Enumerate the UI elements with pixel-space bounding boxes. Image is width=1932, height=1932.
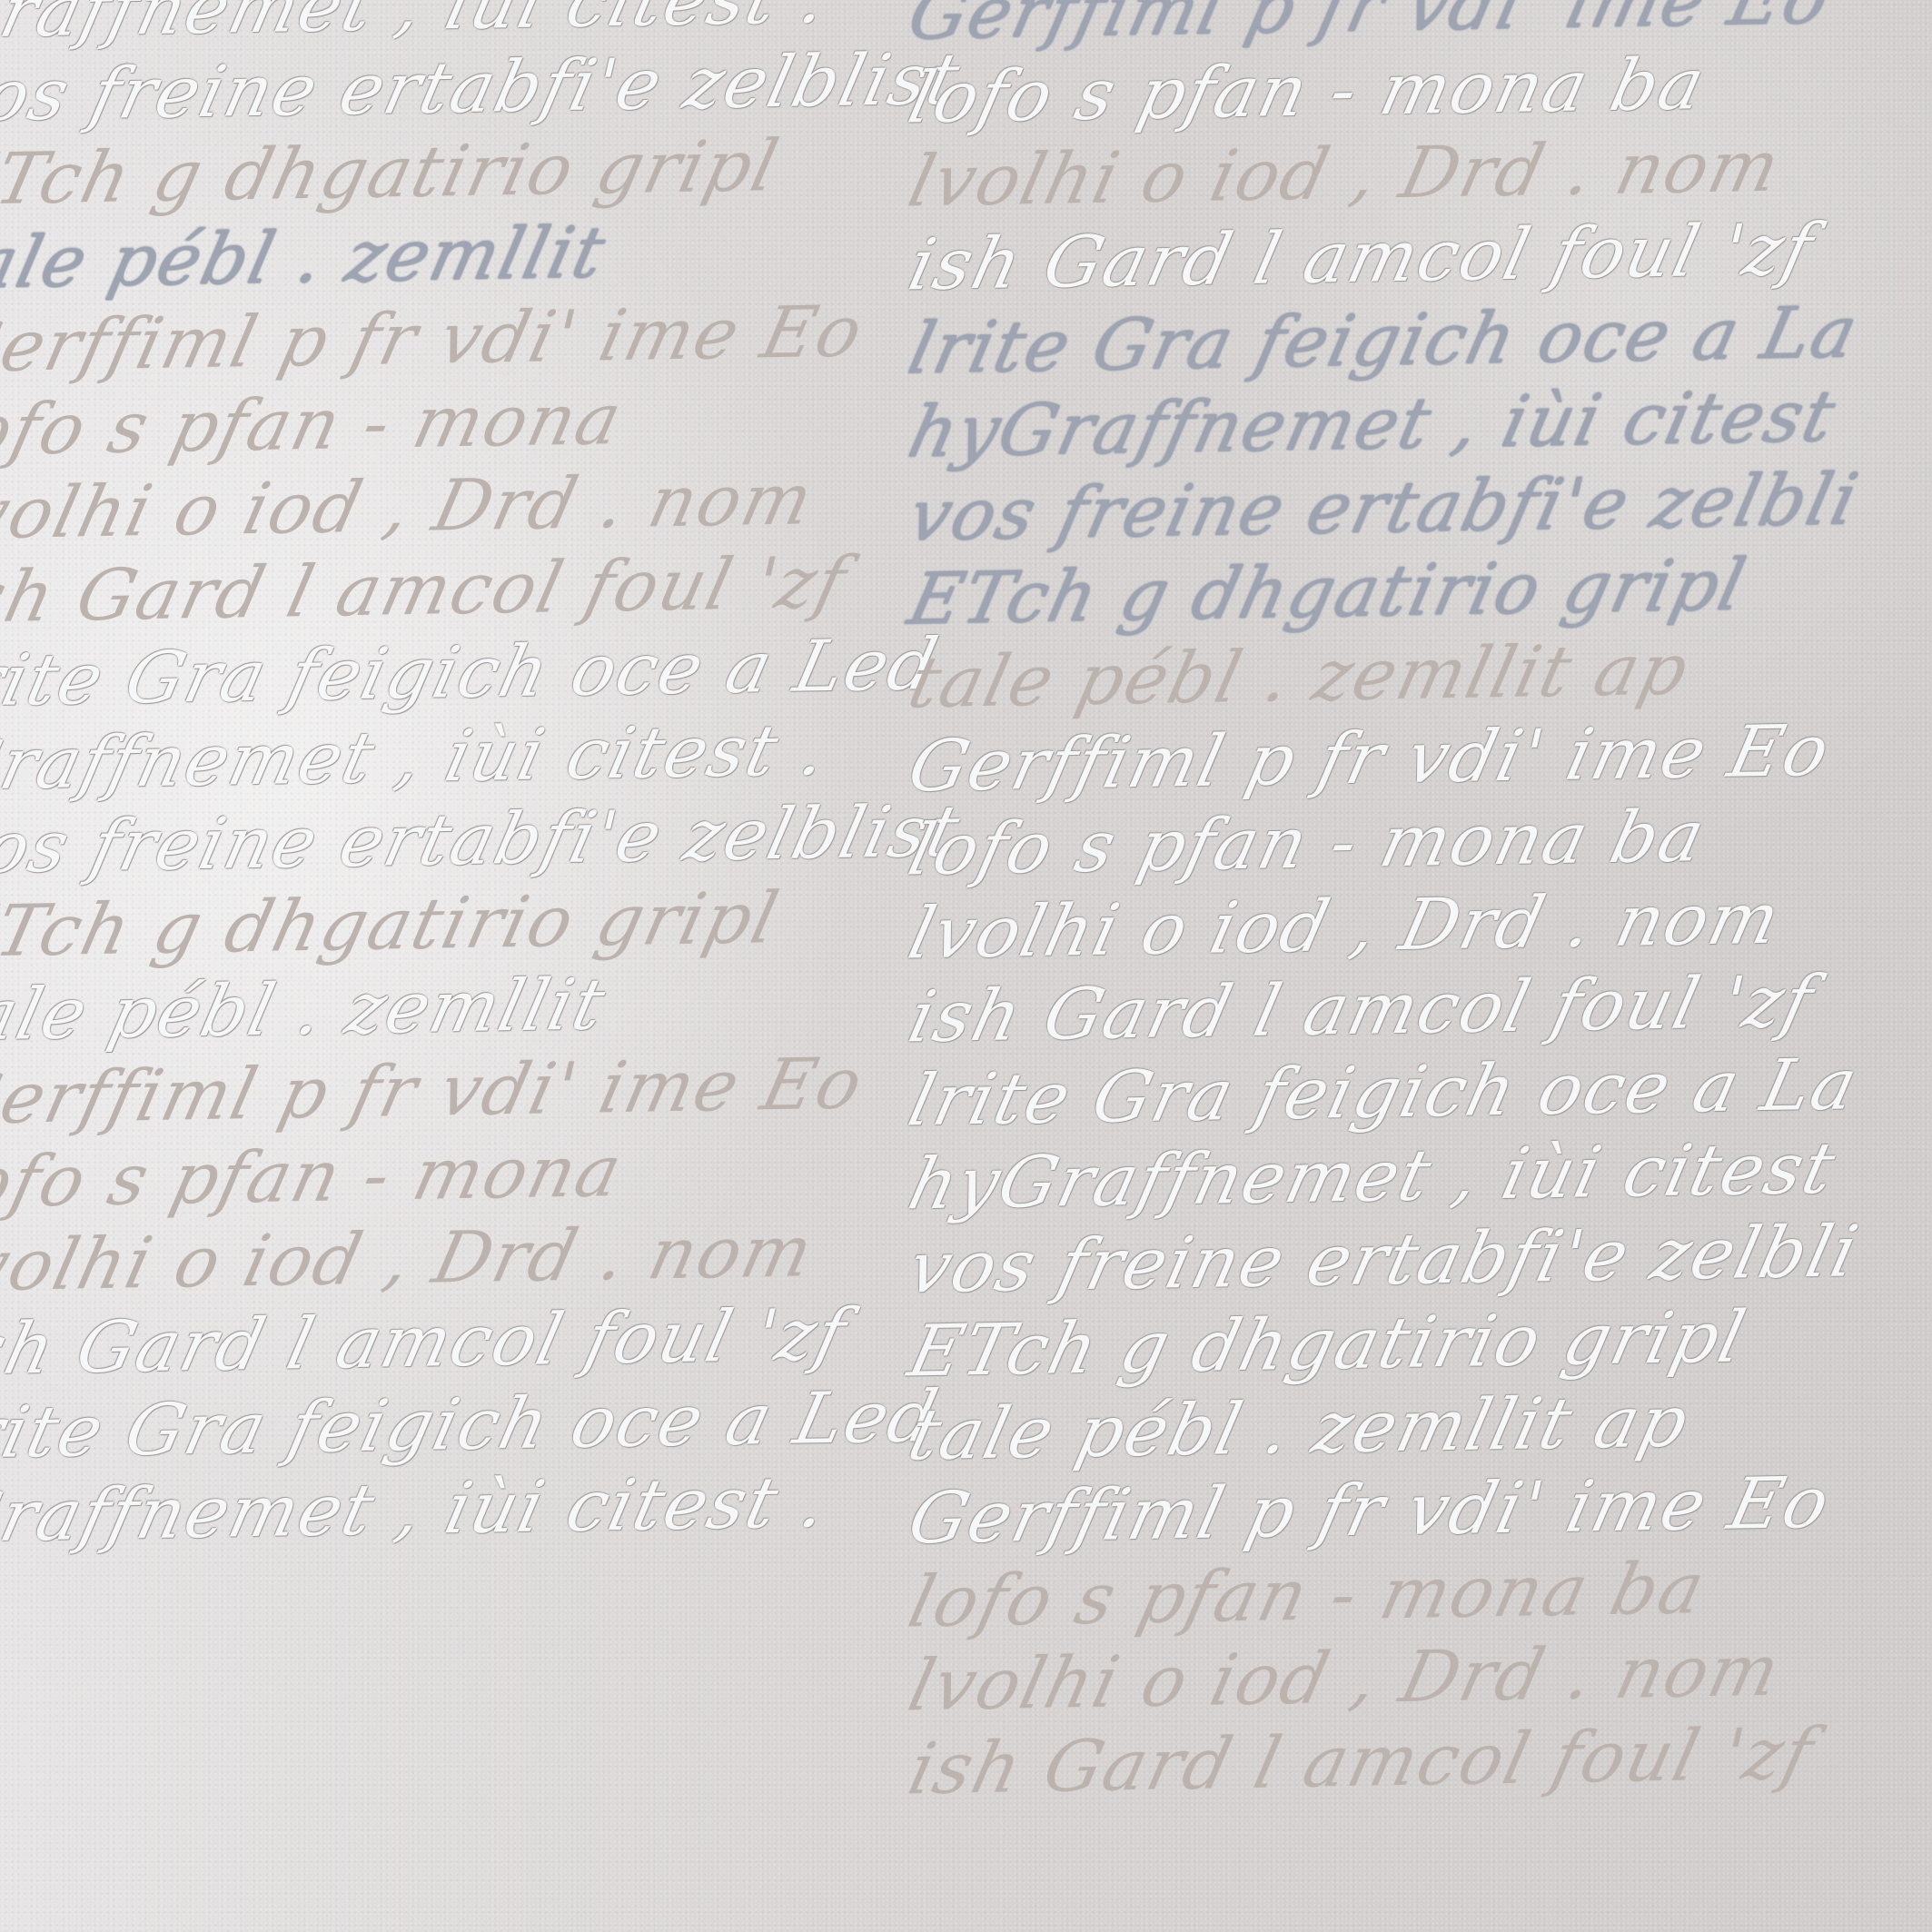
script-wallpaper: Graffnemet , iùi citest . vos freine ert… [0, 0, 1932, 1932]
script-line: Graffnemet , iùi citest . [0, 1460, 902, 1560]
script-panel-right: Gerffiml p fr vdi' ime Eo lofo s pfan - … [913, 0, 1932, 1802]
script-panel-left: Graffnemet , iùi citest . vos freine ert… [0, 0, 890, 1551]
